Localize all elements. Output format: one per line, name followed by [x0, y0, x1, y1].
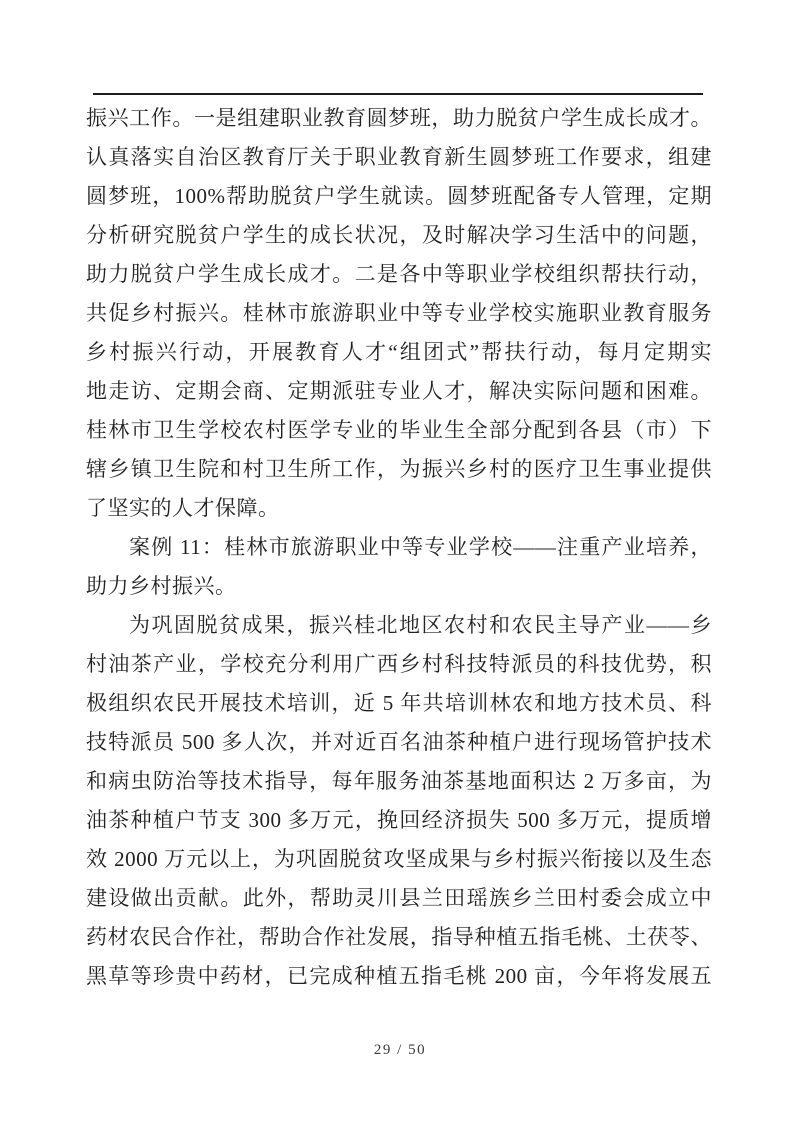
- body-text-line: 认真落实自治区教育厅关于职业教育新生圆梦班工作要求，组建: [86, 138, 712, 177]
- body-text-line: 分析研究脱贫户学生的成长状况，及时解决学习生活中的问题，: [86, 216, 712, 255]
- body-text-line: 技特派员 500 多人次，并对近百名油茶种植户进行现场管护技术: [86, 723, 712, 762]
- case-11-heading-line: 案例 11：桂林市旅游职业中等专业学校——注重产业培养，: [86, 528, 712, 567]
- header-rule: [93, 93, 703, 95]
- body-text-line: 桂林市卫生学校农村医学专业的毕业生全部分配到各县（市）下: [86, 411, 712, 450]
- body-text-line: 地走访、定期会商、定期派驻专业人才，解决实际问题和困难。: [86, 372, 712, 411]
- body-text-line: 乡村振兴行动，开展教育人才“组团式”帮扶行动，每月定期实: [86, 333, 712, 372]
- body-text-line: 共促乡村振兴。桂林市旅游职业中等专业学校实施职业教育服务: [86, 294, 712, 333]
- body-text-line: 建设做出贡献。此外，帮助灵川县兰田瑶族乡兰田村委会成立中: [86, 879, 712, 918]
- body-text-line: 助力脱贫户学生成长成才。二是各中等职业学校组织帮扶行动，: [86, 255, 712, 294]
- body-text-line: 和病虫防治等技术指导，每年服务油茶基地面积达 2 万多亩，为: [86, 762, 712, 801]
- body-text-line: 药材农民合作社，帮助合作社发展，指导种植五指毛桃、土茯苓、: [86, 918, 712, 957]
- body-text-line: 村油茶产业，学校充分利用广西乡村科技特派员的科技优势，积: [86, 645, 712, 684]
- body-text: 振兴工作。一是组建职业教育圆梦班，助力脱贫户学生成长成才。 认真落实自治区教育厅…: [86, 99, 712, 996]
- document-page: 振兴工作。一是组建职业教育圆梦班，助力脱贫户学生成长成才。 认真落实自治区教育厅…: [0, 0, 800, 1131]
- body-text-line: 油茶种植户节支 300 多万元，挽回经济损失 500 多万元，提质增: [86, 801, 712, 840]
- body-text-line: 效 2000 万元以上，为巩固脱贫攻坚成果与乡村振兴衔接以及生态: [86, 840, 712, 879]
- body-text-line: 辖乡镇卫生院和村卫生所工作，为振兴乡村的医疗卫生事业提供: [86, 450, 712, 489]
- body-text-line: 圆梦班，100%帮助脱贫户学生就读。圆梦班配备专人管理，定期: [86, 177, 712, 216]
- body-text-line: 黑草等珍贵中药材，已完成种植五指毛桃 200 亩，今年将发展五: [86, 957, 712, 996]
- page-footer: 29 / 50: [0, 1041, 800, 1059]
- case-11-heading-line: 助力乡村振兴。: [86, 567, 712, 606]
- body-text-line: 振兴工作。一是组建职业教育圆梦班，助力脱贫户学生成长成才。: [86, 99, 712, 138]
- page-number: 29 / 50: [374, 1042, 426, 1058]
- body-text-line: 为巩固脱贫成果，振兴桂北地区农村和农民主导产业——乡: [86, 606, 712, 645]
- body-text-line: 了坚实的人才保障。: [86, 489, 712, 528]
- body-text-line: 极组织农民开展技术培训，近 5 年共培训林农和地方技术员、科: [86, 684, 712, 723]
